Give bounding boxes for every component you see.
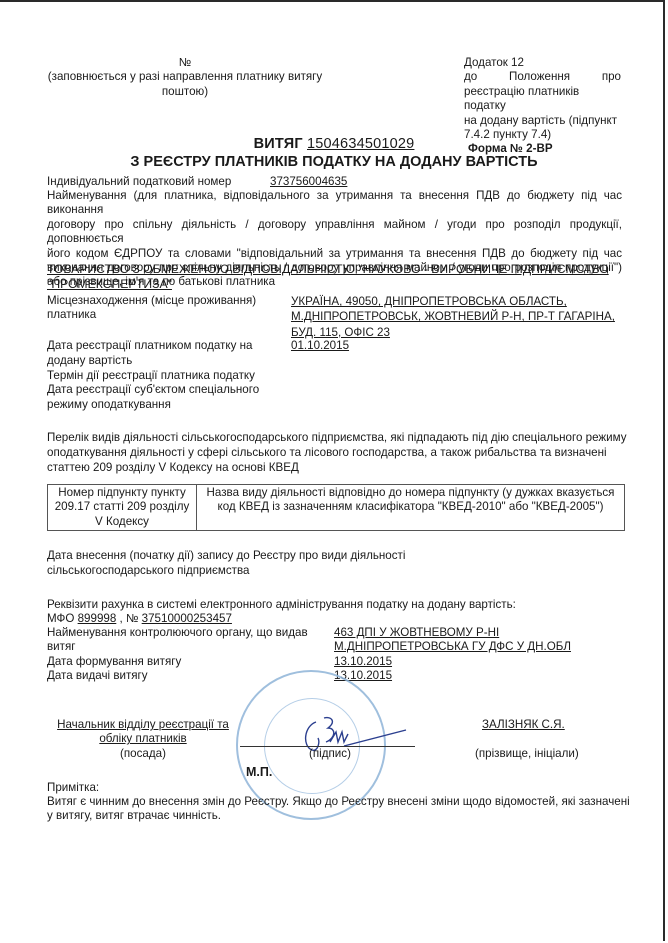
location-value: УКРАЇНА, 49050, ДНІПРОПЕТРОВСЬКА ОБЛАСТЬ…: [291, 294, 621, 340]
position-line: Начальник відділу реєстрації та: [48, 718, 238, 732]
extract-number: 1504634501029: [307, 136, 414, 152]
authority-label: Найменування контролюючого органу, що ви…: [47, 626, 317, 655]
location-label: Місцезнаходження (місце проживання) плат…: [47, 294, 267, 323]
authority-label-line: Найменування контролюючого органу, що ви…: [47, 626, 317, 640]
appendix-line: до Положення про: [464, 70, 621, 84]
kved-table-header-row: Номер підпункту пункту 209.17 статті 209…: [48, 485, 625, 531]
account-heading: Реквізити рахунка в системі електронного…: [47, 598, 627, 612]
mfo-label: МФО: [47, 612, 74, 625]
appendix-word: Положення: [509, 70, 570, 84]
activities-intro-line: Перелік видів діяльності сільськогоспода…: [47, 430, 627, 445]
appendix-line: на додану вартість (підпункт: [464, 114, 621, 128]
activities-intro-line: статтею 209 розділу V Кодексу на основі …: [47, 460, 627, 475]
account-value: 37510000253457: [142, 612, 232, 625]
reg-date-label-line: додану вартість: [47, 354, 277, 369]
ipn-value: 373756004635: [270, 175, 347, 189]
location-value-line: М.ДНІПРОПЕТРОВСЬК, ЖОВТНЕВИЙ Р-Н, ПР-Т Г…: [291, 309, 621, 324]
validity-label: Термін дії реєстрації платника податку: [47, 369, 277, 384]
appendix-line: реєстрацію платників податку: [464, 85, 621, 114]
signature-caption: (підпис): [300, 747, 360, 761]
special-regime-label-line: режиму оподаткування: [47, 398, 277, 413]
reg-date-block: Дата реєстрації платником податку на дод…: [47, 339, 277, 413]
authority-value: 463 ДПІ У ЖОВТНЕВОМУ Р-НІ М.ДНІПРОПЕТРОВ…: [334, 626, 634, 655]
location-value-line: УКРАЇНА, 49050, ДНІПРОПЕТРОВСЬКА ОБЛАСТЬ…: [291, 294, 621, 309]
extract-title: ВИТЯГ 1504634501029: [0, 137, 668, 151]
position-block: Начальник відділу реєстрації та обліку п…: [48, 718, 238, 761]
account-label: , №: [120, 612, 139, 625]
kved-table: Номер підпункту пункту 209.17 статті 209…: [47, 484, 625, 531]
activities-intro-line: оподаткування діяльності у сфері сільськ…: [47, 445, 627, 460]
name-caption: (прізвище, ініціали): [475, 747, 579, 761]
name-label-line: Найменування (для платника, відповідальн…: [47, 189, 622, 218]
mfo-value: 899998: [78, 612, 117, 625]
formed-date-value: 13.10.2015: [334, 655, 392, 669]
note-line: Витяг є чинним до внесення змін до Реєст…: [47, 795, 637, 809]
ipn-label: Індивідуальний податковий номер: [47, 175, 231, 189]
reg-date-label-line: Дата реєстрації платником податку на: [47, 339, 277, 354]
authority-label-line: витяг: [47, 640, 317, 654]
payer-name-line: "ПРОМЕКСПЕРТИЗА": [47, 277, 627, 292]
note-line: у витягу, витяг втрачає чинність.: [47, 809, 637, 823]
location-label-line: платника: [47, 308, 267, 322]
reg-date-value: 01.10.2015: [291, 339, 349, 353]
kved-table-wrap: Номер підпункту пункту 209.17 статті 209…: [47, 484, 625, 531]
payer-name-line: ТОВАРИСТВО З ОБМЕЖЕНОЮ ВІДПОВІДАЛЬНІСТЮ …: [47, 262, 627, 277]
note-label: Примітка:: [47, 781, 99, 795]
payer-name: ТОВАРИСТВО З ОБМЕЖЕНОЮ ВІДПОВІДАЛЬНІСТЮ …: [47, 262, 627, 292]
entry-date-label-line: Дата внесення (початку дії) запису до Ре…: [47, 548, 447, 563]
location-value-line: БУД. 115, ОФІС 23: [291, 325, 621, 340]
mail-number-block: № (заповнюється у разі направлення платн…: [30, 56, 340, 99]
location-label-line: Місцезнаходження (місце проживання): [47, 294, 267, 308]
seal-label: М.П.: [246, 765, 272, 779]
appendix-line: Додаток 12: [464, 56, 621, 70]
mail-number-note: (заповнюється у разі направлення платник…: [30, 70, 340, 99]
kved-header-subclause: Номер підпункту пункту 209.17 статті 209…: [48, 485, 197, 531]
appendix-word: про: [602, 70, 621, 84]
note-text: Витяг є чинним до внесення змін до Реєст…: [47, 795, 637, 824]
activities-intro: Перелік видів діяльності сільськогоспода…: [47, 430, 627, 475]
special-regime-label-line: Дата реєстрації суб'єктом спеціального: [47, 383, 277, 398]
kved-header-activity: Назва виду діяльності відповідно до номе…: [197, 485, 625, 531]
formed-date-label: Дата формування витягу: [47, 655, 181, 669]
authority-value-line: 463 ДПІ У ЖОВТНЕВОМУ Р-НІ: [334, 626, 634, 640]
mfo-line: МФО 899998 , № 37510000253457: [47, 612, 232, 626]
official-name: ЗАЛІЗНЯК С.Я.: [482, 718, 565, 732]
appendix-word: до: [464, 70, 477, 84]
entry-date-label-line: сільськогосподарського підприємства: [47, 563, 447, 578]
extract-subtitle: З РЕЄСТРУ ПЛАТНИКІВ ПОДАТКУ НА ДОДАНУ ВА…: [0, 155, 668, 169]
position-caption: (посада): [48, 747, 238, 761]
authority-value-line: М.ДНІПРОПЕТРОВСЬКА ГУ ДФС У ДН.ОБЛ: [334, 640, 634, 654]
position-line: обліку платників: [48, 732, 238, 746]
issued-date-label: Дата видачі витягу: [47, 669, 148, 683]
entry-date-label: Дата внесення (початку дії) запису до Ре…: [47, 548, 447, 578]
name-label-line: договору про спільну діяльність / догово…: [47, 218, 622, 247]
name-label-line: його кодом ЄДРПОУ та словами "відповідал…: [47, 247, 622, 261]
number-sign: №: [30, 56, 340, 70]
extract-label: ВИТЯГ: [254, 136, 303, 152]
